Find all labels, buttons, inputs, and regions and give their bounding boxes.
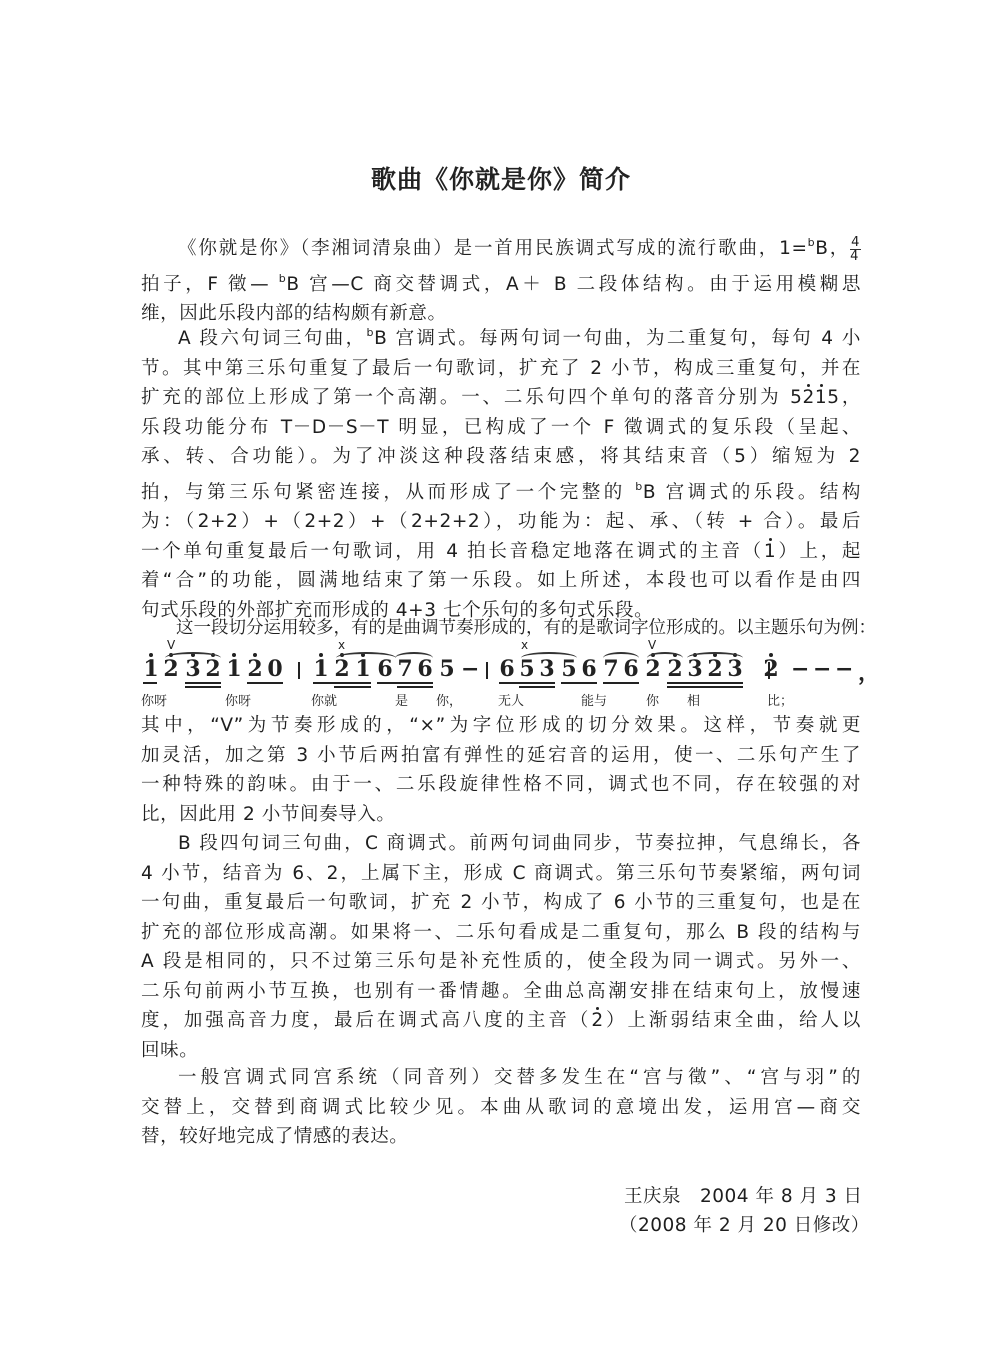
text-line: 度，加强高音力度，最后在调式高八度的主音（2）上渐弱结束全曲，给人以 (141, 1006, 861, 1036)
high-note: 2 (591, 1006, 603, 1036)
slur (395, 652, 433, 664)
note: 2 (763, 656, 779, 682)
text-line: 这一段切分运用较多，有的是曲调节奏形成的，有的是歌词字位形成的。以主题乐句为例： (141, 614, 861, 644)
underline (313, 682, 371, 684)
text-line: 为：（2+2）+（2+2）+（2+2+2），功能为：起、承、（转 + 合）。最后 (141, 507, 861, 537)
underline (603, 682, 639, 684)
page-title: 歌曲《你就是你》简介 (141, 160, 861, 196)
text-line: 一种特殊的韵味。由于一、二乐段旋律性格不同，调式也不同，存在较强的对 (141, 770, 861, 800)
note-dash: − (791, 656, 807, 682)
high-note: 1 (764, 537, 776, 567)
text-line: 一句曲，重复最后一句歌词，扩充 2 小节，构成了 6 小节的三重复句，也是在 (141, 888, 861, 918)
paragraph-syncopation: 其中，“V”为节奏形成的，“×”为字位形成的切分效果。这样，节奏就更 加灵活，加… (141, 711, 861, 829)
text-line: A 段六句词三句曲，bB 宫调式。每两句词一句曲，为二重复句，每句 4 小 (141, 318, 861, 354)
text-line: 一个单句重复最后一句歌词，用 4 拍长音稳定地落在调式的主音（1）上，起 (141, 537, 861, 567)
text-line: 《你就是你》（李湘词清泉曲）是一首用民族调式写成的流行歌曲，1=bB，44 (141, 228, 861, 264)
note-dash: − (835, 656, 851, 682)
barline (486, 662, 488, 679)
text-line: 扩充的部位形成高潮。如果将一、二乐句看成是二重复句，那么 B 段的结构与 (141, 918, 861, 948)
text-line: 二乐句前两小节互换，也别有一番情趣。全曲总高潮安排在结束句上，放慢速 (141, 977, 861, 1007)
text-line: 回味。 (141, 1036, 861, 1066)
lyric: 你， (436, 690, 462, 709)
note: 6 (499, 656, 515, 682)
underline (667, 682, 743, 684)
note: 0 (267, 656, 283, 682)
text-line: 比，因此用 2 小节间奏导入。 (141, 800, 861, 830)
underline (499, 682, 555, 684)
lyric: 是 (395, 690, 408, 709)
note: 5 (439, 656, 455, 682)
underline (561, 682, 597, 684)
paragraph-section-a: A 段六句词三句曲，bB 宫调式。每两句词一句曲，为二重复句，每句 4 小 节。… (141, 318, 861, 625)
revision-date: （2008 年 2 月 20 日修改） (619, 1211, 870, 1237)
text-line: 替，较好地完成了情感的表达。 (141, 1122, 861, 1152)
paragraph-syncopation-intro: 这一段切分运用较多，有的是曲调节奏形成的，有的是歌词字位形成的。以主题乐句为例： (141, 614, 861, 644)
text-line: 扩充的部位上形成了第一个高潮。一、二乐句四个单句的落音分别为 5215， (141, 383, 861, 413)
text-line: 其中，“V”为节奏形成的，“×”为字位形成的切分效果。这样，节奏就更 (141, 711, 861, 741)
lyric: 相 (687, 690, 700, 709)
lyric: 你就 (311, 690, 337, 709)
end-comma: ， (858, 656, 874, 687)
note: 1 (143, 656, 159, 682)
word-syncopation-mark: x (338, 638, 345, 652)
note-dash: − (813, 656, 829, 682)
underline (397, 686, 433, 688)
text-line: 加灵活，加之第 3 小节后两拍富有弹性的延宕音的运用，使一、二乐句产生了 (141, 741, 861, 771)
lyric: 能与 (581, 690, 607, 709)
note: 1 (226, 656, 242, 682)
jianpu-score: 1 2 3 2 1 2 0 V 你呀 你呀 1 2 1 6 7 6 5 − x … (141, 642, 876, 712)
underline (334, 686, 371, 688)
text-line: B 段四句词三句曲，C 商调式。前两句词曲同步，节奏拉抻，气息绵长，各 (141, 829, 861, 859)
slur (521, 652, 577, 664)
lyric: 你 (646, 690, 659, 709)
note-dash: − (461, 656, 477, 682)
text-line: 乐段功能分布 T－D－S－T 明显，已构成了一个 F 徵调式的复乐段（呈起、 (141, 413, 861, 443)
underline (377, 682, 433, 684)
slur (336, 652, 396, 664)
underline (185, 686, 221, 688)
author-date: 王庆泉 2004 年 8 月 3 日 (624, 1182, 863, 1208)
text-line: 着“合”的功能，圆满地结束了第一乐段。如上所述，本段也可以看作是由四 (141, 566, 861, 596)
flat-symbol: b (366, 326, 374, 339)
rhythm-syncopation-mark: V (648, 638, 656, 652)
underline (247, 682, 283, 684)
lyric: 你呀 (141, 690, 167, 709)
word-syncopation-mark: x (521, 638, 528, 652)
high-note: 1 (815, 383, 827, 413)
slur (603, 652, 639, 664)
flat-symbol: b (635, 480, 643, 493)
note: 2 (247, 656, 263, 682)
slur (647, 652, 683, 664)
slur (165, 652, 221, 664)
text-line: A 段是相同的，只不过第三乐句是补充性质的，使全段为同一调式。另外一、 (141, 947, 861, 977)
text-line: 承、转、合功能）。为了冲淡这种段落结束感，将其结束音（5）缩短为 2 (141, 442, 861, 472)
paragraph-conclusion: 一般宫调式同宫系统（同音列）交替多发生在“宫与徵”、“宫与羽”的 交替上，交替到… (141, 1063, 861, 1152)
underline (519, 686, 555, 688)
note: 6 (581, 656, 597, 682)
underline (185, 682, 221, 684)
text-line: 4 小节，结音为 6、2，上属下主，形成 C 商调式。第三乐句节奏紧缩，两句词 (141, 859, 861, 889)
lyric: 比； (767, 690, 793, 709)
underline (143, 682, 157, 684)
text-line: 节。其中第三乐句重复了最后一句歌词，扩充了 2 小节，构成三重复句，并在 (141, 354, 861, 384)
text-line: 拍子，F 徵— bB 宫—C 商交替调式，A＋ B 二段体结构。由于运用模糊思 (141, 264, 861, 300)
paragraph-intro: 《你就是你》（李湘词清泉曲）是一首用民族调式写成的流行歌曲，1=bB，44 拍子… (141, 228, 861, 329)
time-signature: 44 (850, 236, 861, 263)
text-line: 一般宫调式同宫系统（同音列）交替多发生在“宫与徵”、“宫与羽”的 (141, 1063, 861, 1093)
underline (667, 686, 743, 688)
text-line: 交替上，交替到商调式比较少见。本曲从歌词的意境出发，运用宫—商交 (141, 1093, 861, 1123)
high-note: 2 (803, 383, 815, 413)
paragraph-section-b: B 段四句词三句曲，C 商调式。前两句词曲同步，节奏拉抻，气息绵长，各 4 小节… (141, 829, 861, 1065)
lyric: 无人 (498, 690, 524, 709)
slur (687, 652, 743, 664)
text-line: 拍，与第三乐句紧密连接，从而形成了一个完整的 bB 宫调式的乐段。结构 (141, 472, 861, 508)
lyric: 你呀 (225, 690, 251, 709)
rhythm-syncopation-mark: V (167, 638, 175, 652)
note: 1 (313, 656, 329, 682)
barline (298, 662, 300, 679)
